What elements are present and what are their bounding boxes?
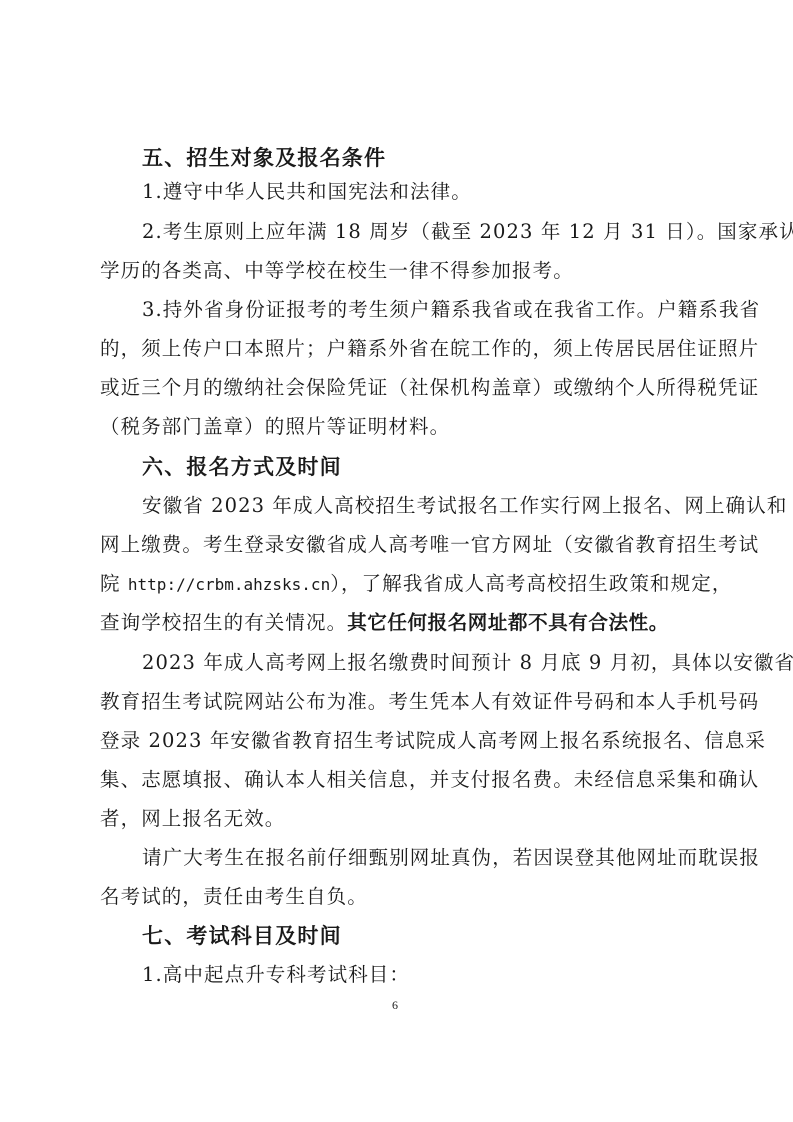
paragraph-line: 名考试的，责任由考生自负。 [100,885,368,909]
paragraph-line: 者，网上报名无效。 [100,807,285,831]
official-url-link[interactable]: http://crbm.ahzsks.cn [128,575,330,594]
paragraph-line: 1.遵守中华人民共和国宪法和法律。 [142,180,472,204]
page-number: 6 [392,998,398,1013]
paragraph-line: 安徽省 2023 年成人高校招生考试报名工作实行网上报名、网上确认和 [142,494,787,518]
paragraph-line: 登录 2023 年安徽省教育招生考试院成人高考网上报名系统报名、信息采 [100,729,766,753]
paragraph-line: （税务部门盖章）的照片等证明材料。 [100,415,450,439]
paragraph-line: 教育招生考试院网站公布为准。考生凭本人有效证件号码和本人手机号码 [100,690,759,714]
text: 查询学校招生的有关情况。 [100,611,347,634]
section-heading-5: 五、招生对象及报名条件 [142,146,386,170]
warning-text: 其它任何报名网址都不具有合法性。 [347,611,669,634]
paragraph-line: 或近三个月的缴纳社会保险凭证（社保机构盖章）或缴纳个人所得税凭证 [100,376,759,400]
paragraph-line: 2023 年成人高考网上报名缴费时间预计 8 月底 9 月初，具体以安徽省 [142,651,793,675]
paragraph-line: 院 http://crbm.ahzsks.cn），了解我省成人高考高校招生政策和… [100,572,732,597]
section-heading-6: 六、报名方式及时间 [142,455,342,479]
paragraph-line: 2.考生原则上应年满 18 周岁（截至 2023 年 12 月 31 日）。国家… [142,220,793,244]
paragraph-line: 请广大考生在报名前仔细甄别网址真伪，若因误登其他网址而耽误报 [142,846,760,870]
paragraph-line: 查询学校招生的有关情况。其它任何报名网址都不具有合法性。 [100,611,669,635]
text: 院 [100,572,128,595]
paragraph-line: 3.持外省身份证报考的考生须户籍系我省或在我省工作。户籍系我省 [142,298,760,322]
paragraph-line: 的，须上传户口本照片；户籍系外省在皖工作的，须上传居民居住证照片 [100,337,759,361]
paragraph-line: 学历的各类高、中等学校在校生一律不得参加报考。 [100,259,574,283]
paragraph-line: 集、志愿填报、确认本人相关信息，并支付报名费。未经信息采集和确认 [100,768,759,792]
text: ），了解我省成人高考高校招生政策和规定， [330,572,732,595]
paragraph-line: 网上缴费。考生登录安徽省成人高考唯一官方网址（安徽省教育招生考试 [100,533,759,557]
paragraph-line: 1.高中起点升专科考试科目： [142,963,410,987]
section-heading-7: 七、考试科目及时间 [142,924,342,948]
